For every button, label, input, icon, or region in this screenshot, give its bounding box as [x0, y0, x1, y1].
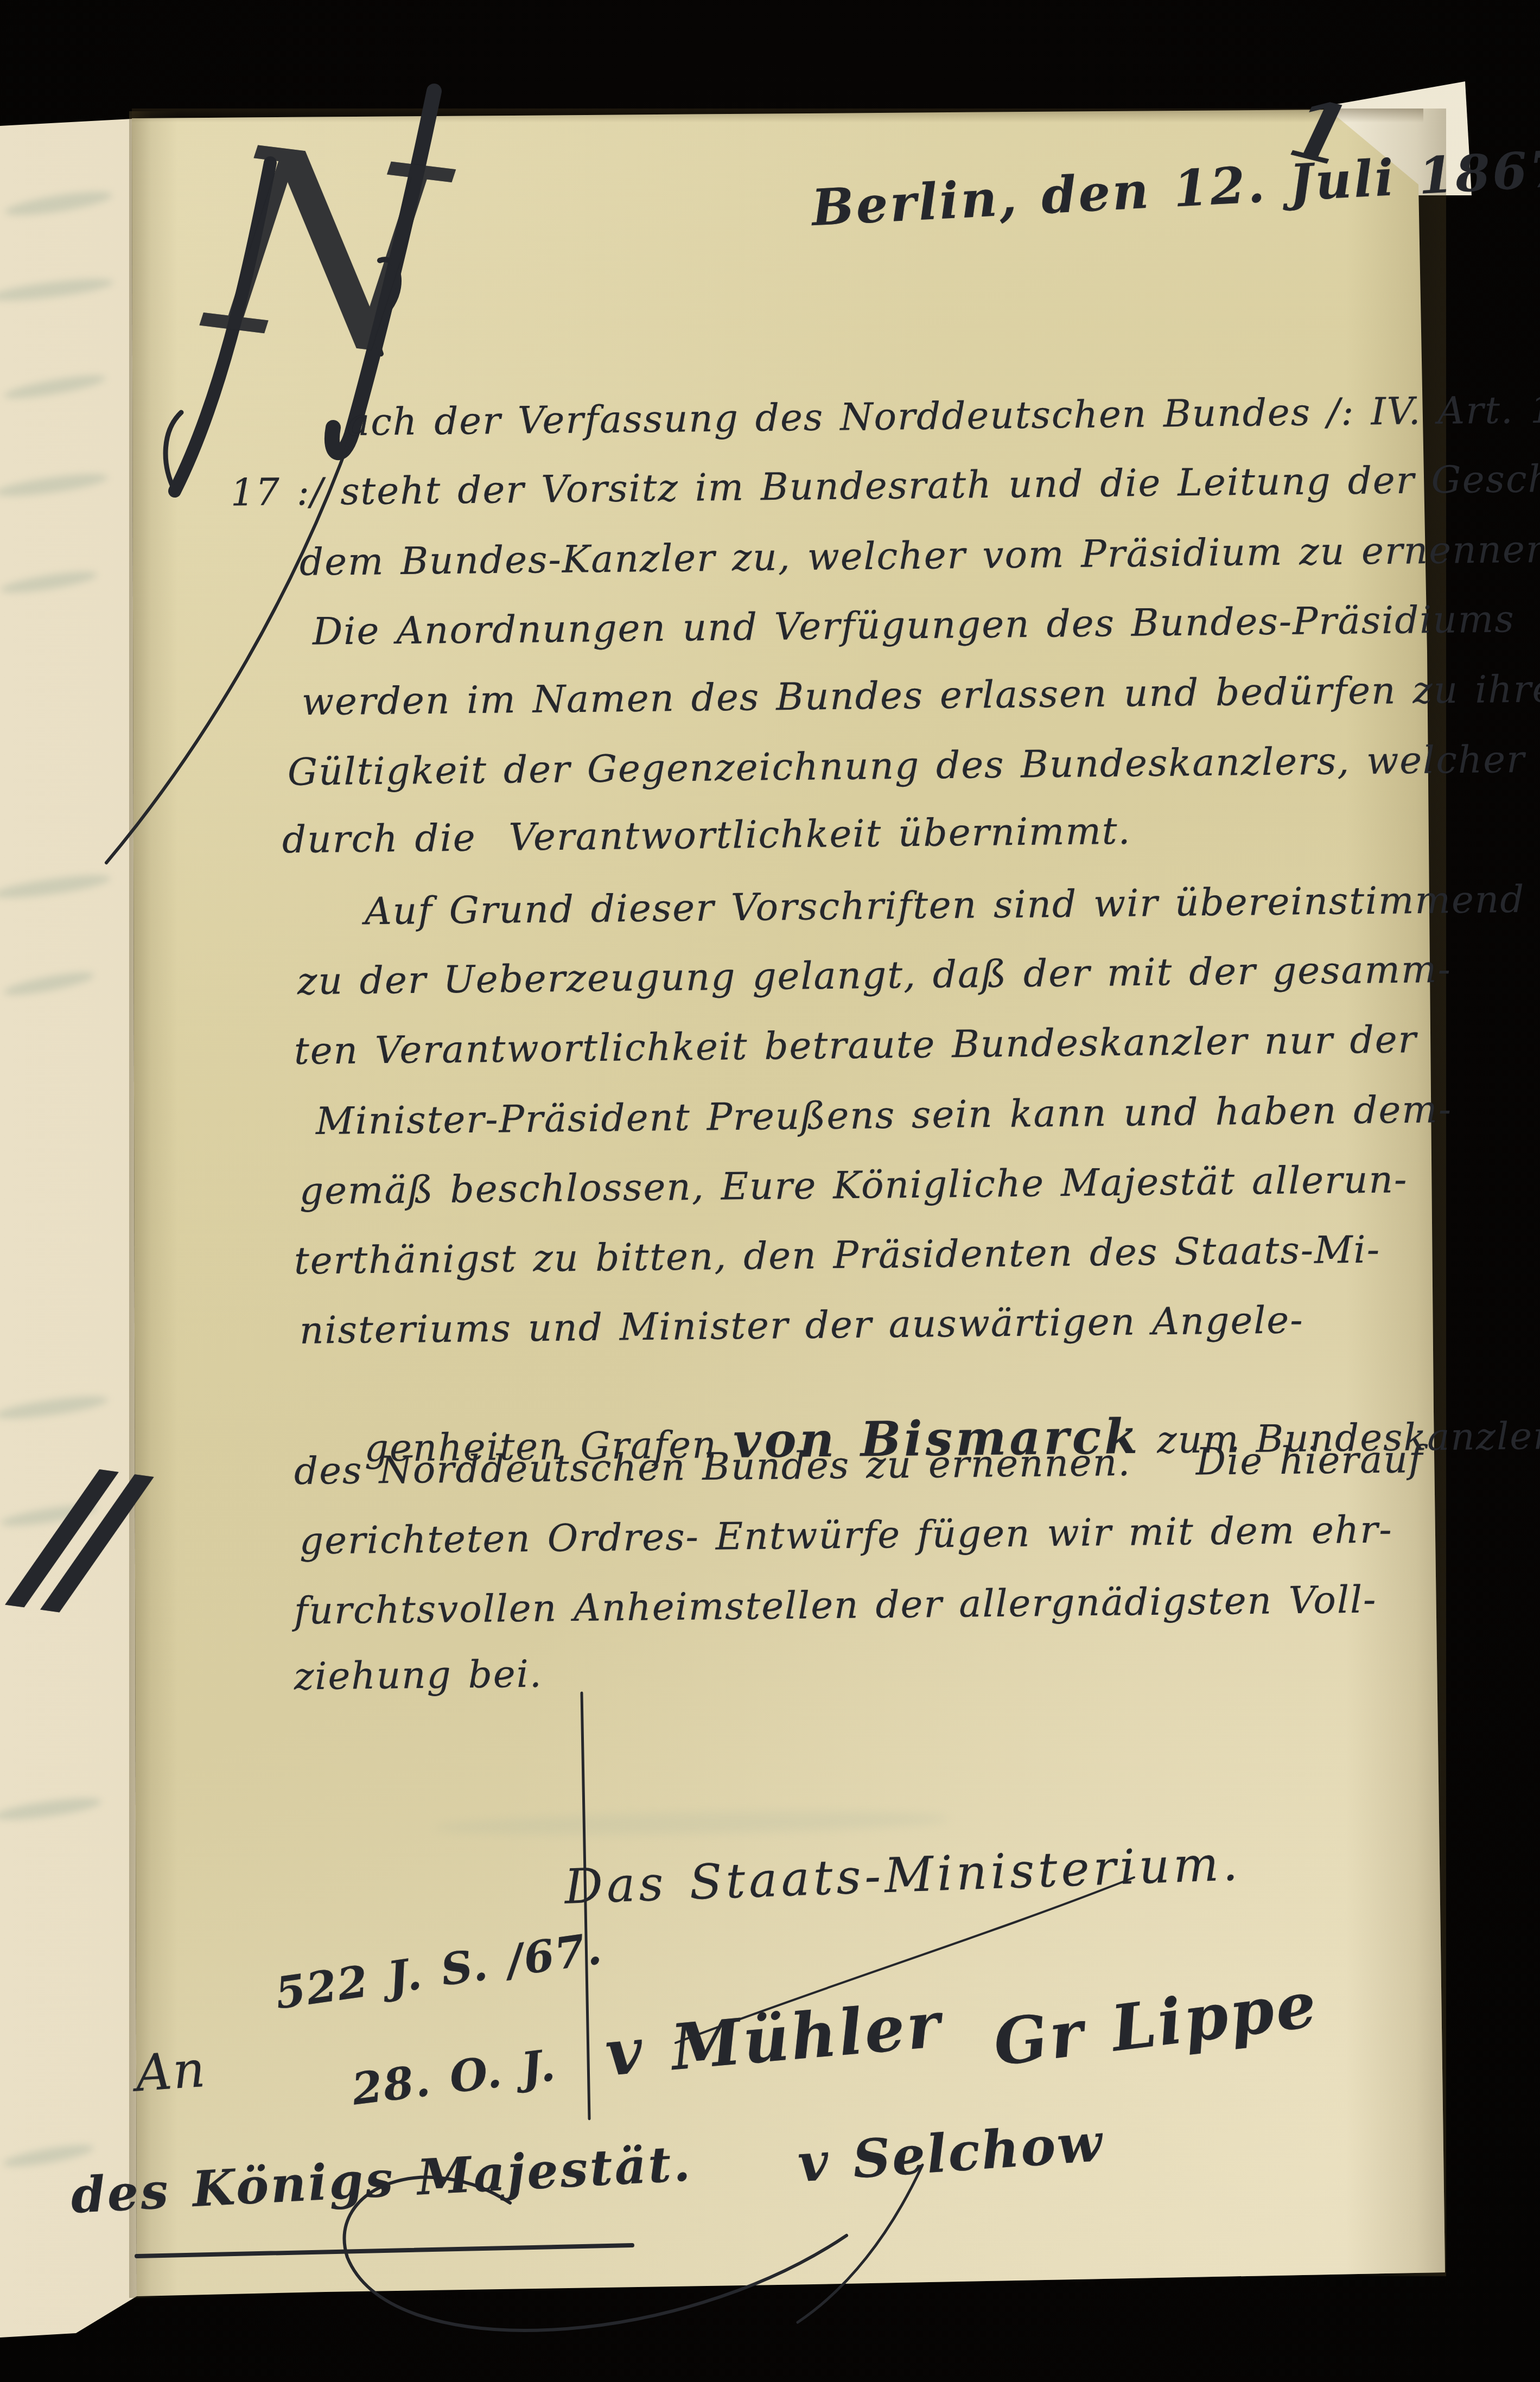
- body-line: durch die Verantwortlichkeit übernimmt.: [282, 813, 1131, 859]
- body-line: gerichteten Ordres- Entwürfe fügen wir m…: [300, 1511, 1393, 1560]
- body-line: ziehung bei.: [294, 1656, 543, 1696]
- body-line: gemäß beschlossen, Eure Königliche Majes…: [300, 1161, 1408, 1210]
- margin-insertion-mark: //: [18, 1439, 113, 1626]
- body-line: Minister-Präsident Preußens sein kann un…: [316, 1091, 1453, 1141]
- signature: v Mühler: [603, 1993, 945, 2085]
- signature: v Selchow: [796, 2116, 1105, 2189]
- body-line: nisteriums und Minister der auswärtigen …: [300, 1302, 1304, 1349]
- drop-cap: N: [200, 112, 453, 393]
- body-line: ach der Verfassung des Norddeutschen Bun…: [347, 390, 1540, 442]
- body-line: Die Anordnungen und Verfügungen des Bund…: [313, 601, 1515, 651]
- body-line: Gültigkeit der Gegenzeichnung des Bundes…: [288, 740, 1540, 791]
- handwriting-layer: 1 Berlin, den 12. Juli 1867. N ach der V…: [0, 0, 1540, 2382]
- dateline: Berlin, den 12. Juli 1867.: [811, 143, 1540, 233]
- archival-scan: { "colors": { "background": "#060504", "…: [0, 0, 1540, 2382]
- registry-number: 522 J. S. /67.: [272, 1926, 604, 2015]
- body-line: 17 :/ steht der Vorsitz im Bundesrath un…: [231, 460, 1540, 512]
- address-recipient: des Königs Majestät.: [69, 2139, 693, 2220]
- registry-date-note: 28. O. J.: [350, 2043, 558, 2111]
- body-line: werden im Namen des Bundes erlassen und …: [302, 671, 1540, 722]
- body-line: Auf Grund dieser Vorschriften sind wir ü…: [365, 881, 1525, 931]
- signature: Gr Lippe: [990, 1973, 1321, 2075]
- address-salutation: An: [134, 2045, 208, 2099]
- body-line: ten Verantwortlichkeit betraute Bundeska…: [294, 1021, 1417, 1071]
- body-line: terthänigst zu bitten, den Präsidenten d…: [294, 1232, 1381, 1281]
- body-line: des Norddeutschen Bundes zu ernennen. Di…: [294, 1441, 1424, 1491]
- body-line: furchtsvollen Anheimstellen der allergnä…: [294, 1582, 1377, 1631]
- closing-institution: Das Staats-Ministerium.: [564, 1839, 1242, 1911]
- body-line: dem Bundes-Kanzler zu, welcher vom Präsi…: [300, 530, 1540, 582]
- body-line: zu der Ueberzeugung gelangt, daß der mit…: [297, 951, 1452, 1001]
